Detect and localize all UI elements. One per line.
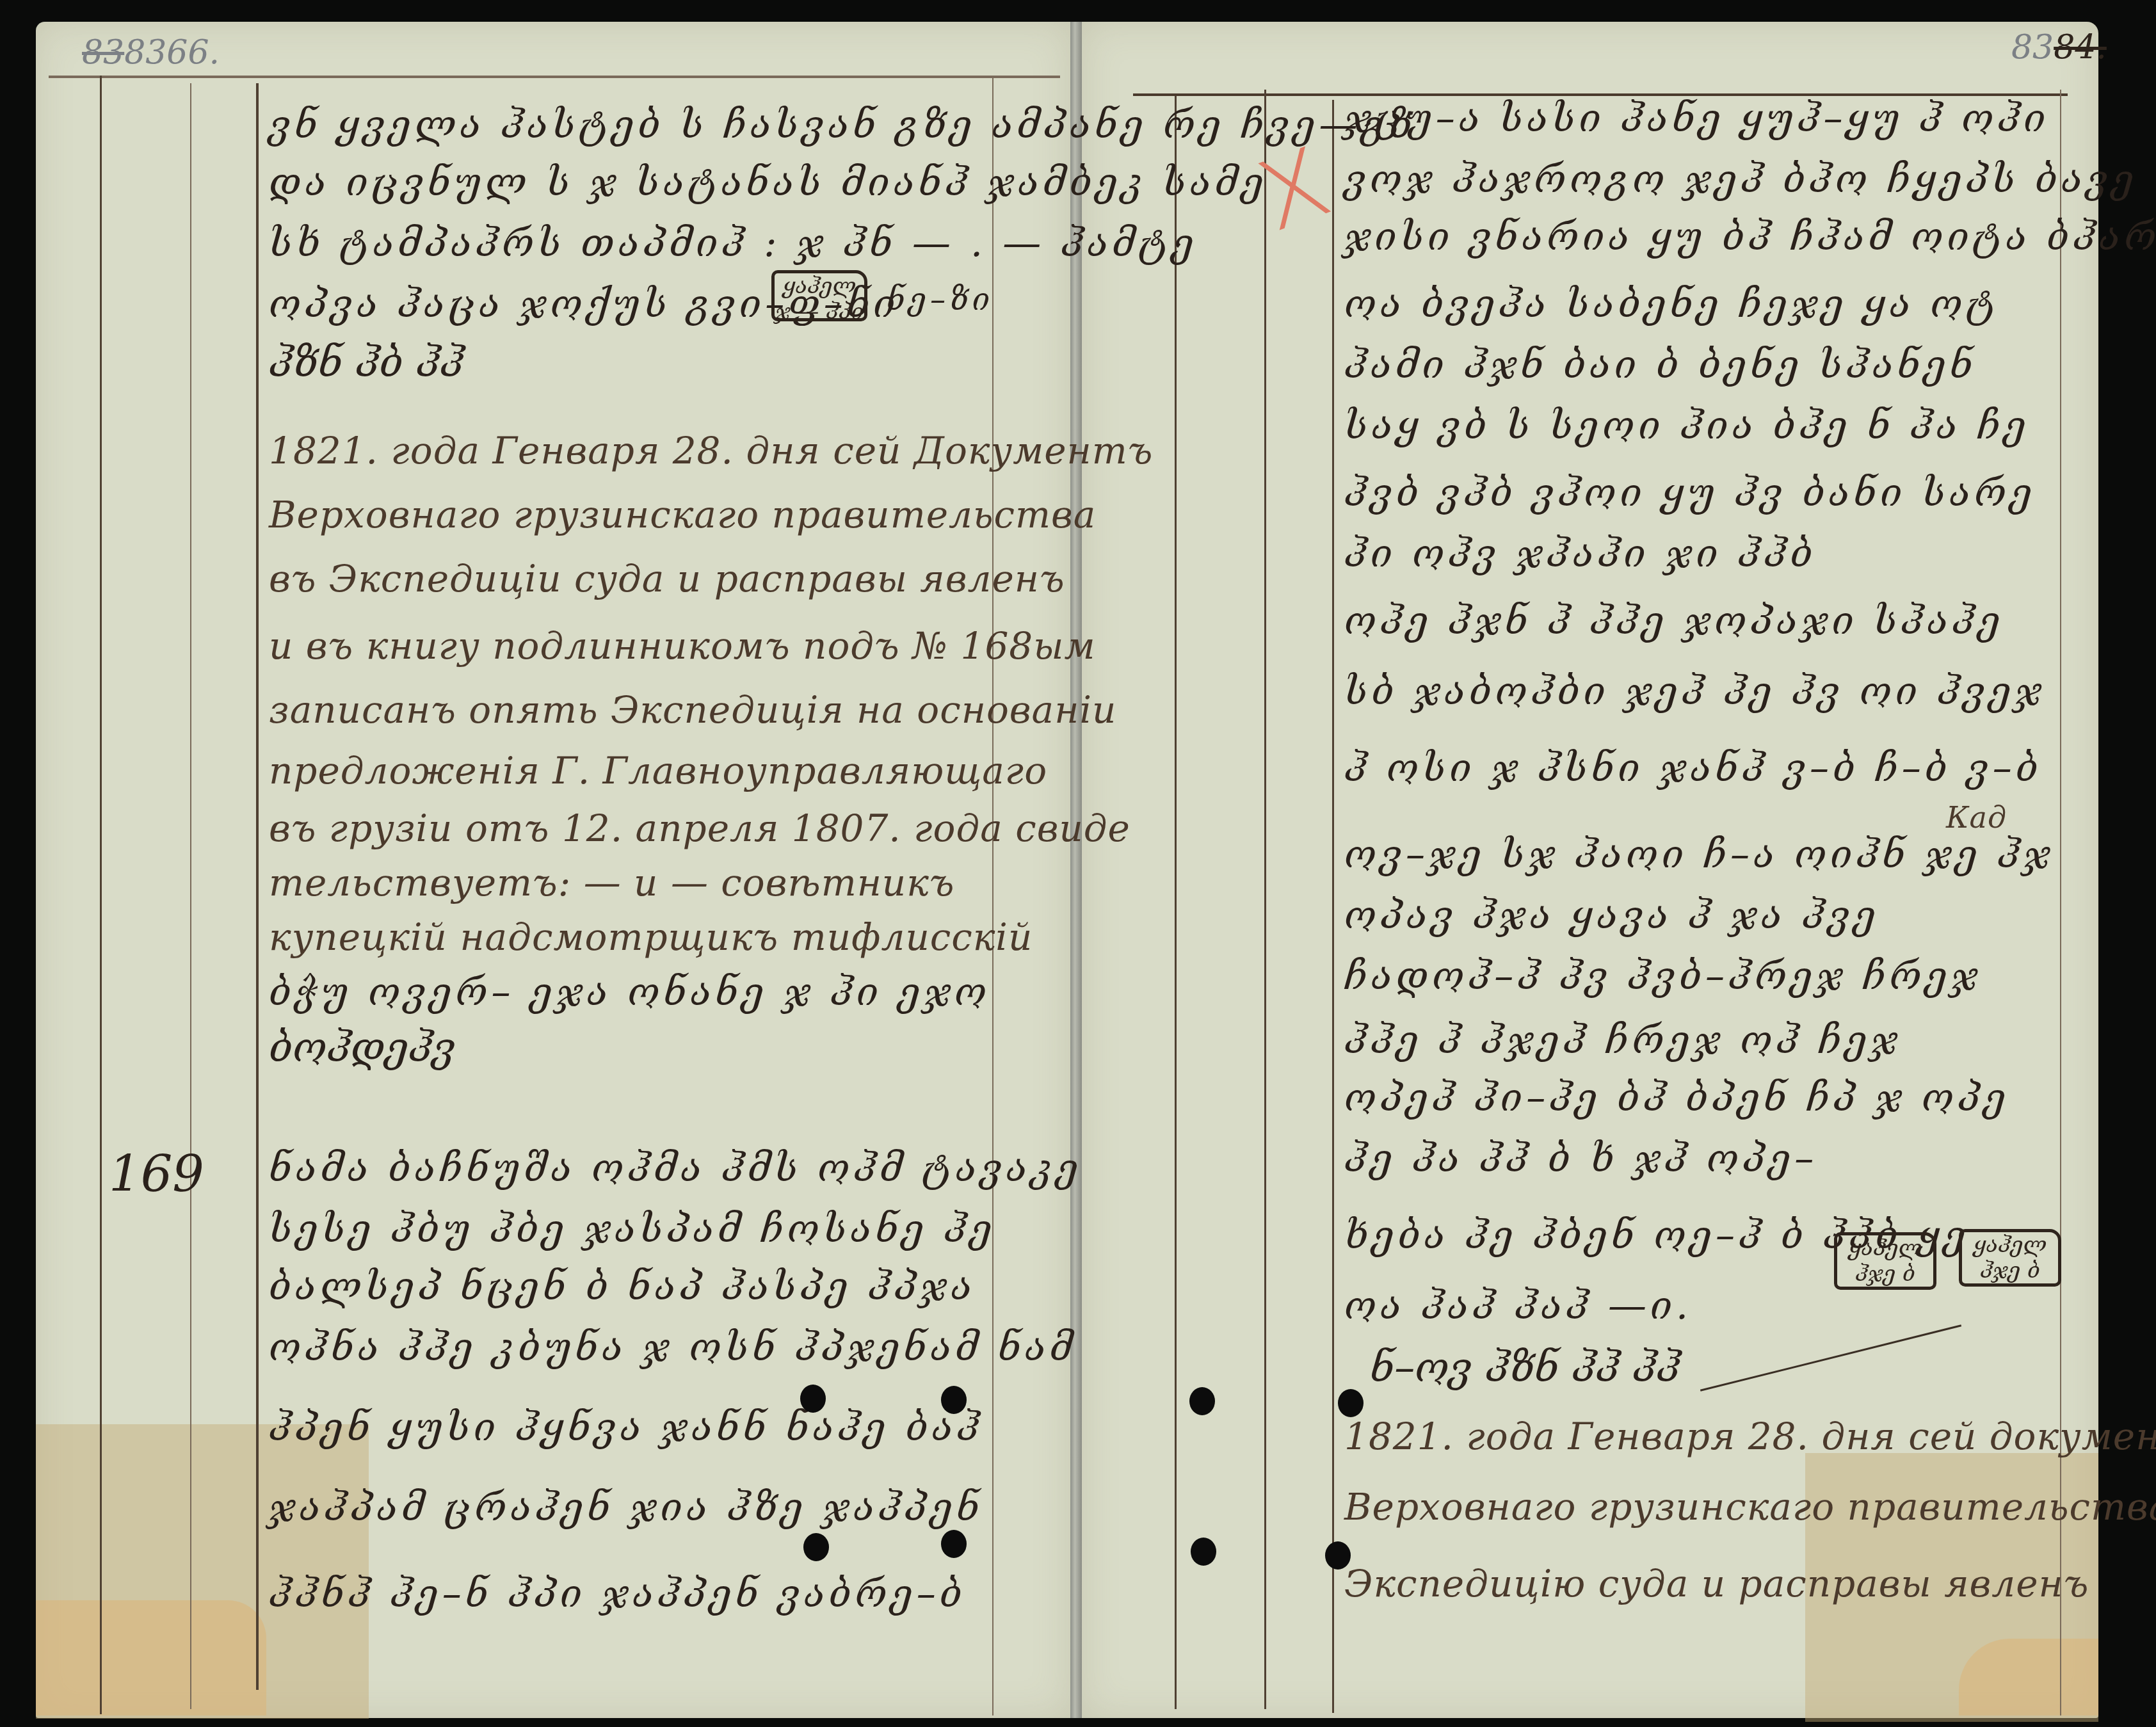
right-georgian-line-4: ოა ბვეჰა საბენე ჩეჯე ყა ოტ [1344,282,1999,326]
right-signature-line: ნ–ოვ ჰზნ ჰჰ ჰჰ [1370,1344,1680,1392]
right-georgian-line-12: ოვ–ჯე სჯ ჰაოი ჩ–ა ოიჰნ ჯე ჰჯ [1344,832,2054,877]
binding-gutter [1070,22,1082,1718]
right-russian-line-2: Верховнаго грузинскаго правительства въ [1344,1485,2156,1529]
right-georgian-line-1: ჯცუ–ა სასი ჰანე ყუჰ–ყუ ჰ ოჰი [1344,96,2050,141]
punch-hole-left-upper-2 [941,1386,967,1414]
punch-hole-right-lower-1 [1191,1538,1216,1566]
right-right-margin-line [2060,90,2061,1715]
right-georgian-line-10: სბ ჯაბოჰბი ჯეჰ ჰე ჰვ ოი ჰვეჯ [1344,669,2045,714]
left-margin-line-1 [100,76,102,1714]
right-stamp-2: ყაჰელ ჰჯე ბ [1959,1229,2061,1287]
right-georgian-line-19: ოა ჰაჰ ჰაჰ —ი. [1344,1283,1692,1328]
left-top-stamp: ყაჰელ ჯ — ჰპი [771,270,867,321]
right-georgian-line-17: ჰე ჰა ჰჰ ბ ხ ჯჰ ოპე– [1344,1136,1817,1181]
right-georgian-line-13: ოპავ ჰჯა ყავა ჰ ჯა ჰვე [1344,893,1879,938]
right-georgian-line-7: ჰვბ ვჰბ ვჰოი ყუ ჰვ ბანი სარე [1344,470,2036,515]
right-interlinear-note: Кад [1946,800,2007,835]
left-right-margin-line [992,77,994,1715]
entry-line-1: ნამა ბაჩნუშა ოჰმა ჰმს ოჰმ ტავაკე [269,1146,1082,1191]
right-margin-line-2 [1264,90,1266,1709]
entry-number: 169 [109,1146,204,1203]
left-russian-line-8: тельствуетъ: — и — совѣтникъ [269,861,955,904]
right-text-column-line [1332,100,1334,1713]
left-folio-number: 838366. [82,33,220,72]
punch-hole-left-lower-2 [941,1530,967,1558]
left-closing-signature: ბოჰდეჰვ [269,1024,456,1072]
right-stamp-1: ყაჰელ ჰჯე ბ [1834,1232,1936,1290]
left-russian-line-5: записанъ опять Экспедицiя на основанiи [269,688,1116,732]
left-georgian-line-2: და იცვნულ ს ჯ სატანას მიანჰ ჯამბეკ სამე [269,160,1267,205]
right-georgian-line-8: ჰი ოჰვ ჯჰაჰი ჯი ჰჰბ [1344,531,1816,576]
right-russian-line-1: 1821. года Генваря 28. дня сей документъ [1344,1415,2156,1458]
punch-hole-right-upper-2 [1338,1389,1364,1417]
left-russian-line-4: и въ книгу подлинникомъ подъ № 168ым [269,624,1096,668]
right-georgian-line-6: საყ ვბ ს სეოი ჰია ბჰე ნ ჰა ჩე [1344,403,2030,448]
left-text-column-line [256,83,259,1690]
right-georgian-line-9: ოჰე ჰჯნ ჰ ჰჰე ჯოპაჯი სჰაჰე [1344,598,2004,643]
right-georgian-line-3: ჯისი ვნარია ყუ ბჰ ჩჰამ ოიტა ბჰარი [1344,214,2156,259]
right-russian-line-3: Экспедицiю суда и расправы явленъ [1344,1562,2089,1605]
entry-line-5: ჰპენ ყუსი ჰყნვა ჯანნ ნაჰე ბაჰ [269,1405,983,1450]
left-russian-line-1: 1821. года Генваря 28. дня сей Документъ [269,429,1153,472]
punch-hole-left-upper-1 [800,1385,826,1413]
left-georgian-line-3: სხ ტამპაჰრს თაპმიჰ : ჯ ჰნ — . — ჰამტე [269,221,1198,266]
right-margin-line-1 [1175,96,1177,1709]
entry-line-2: სესე ჰბუ ჰბე ჯასპამ ჩოსანე ჰე [269,1207,996,1251]
entry-line-6: ჯაჰპამ ცრაჰენ ჯია ჰზე ჯაჰპენ [269,1485,983,1530]
entry-line-7: ჰჰნჰ ჰე–ნ ჰპი ჯაჰპენ ვაბრე–ბ [269,1571,966,1616]
left-russian-line-9: купецкiй надсмотрщикъ тифлисскiй [269,915,1033,959]
stain-left-corner [36,1600,266,1715]
stain-right-corner [1959,1639,2098,1715]
right-georgian-line-11: ჰ ოსი ჯ ჰსნი ჯანჰ ვ–ბ ჩ–ბ ვ–ბ [1344,746,2042,791]
left-stamp-suffix: ნე–ზი [887,282,994,317]
left-russian-line-3: въ Экспедицiи суда и расправы явленъ [269,557,1065,600]
entry-line-4: ოჰნა ჰჰე კბუნა ჯ ოსნ ჰპჯენამ ნამ [269,1325,1077,1370]
left-top-rule [49,76,1060,78]
left-russian-line-7: въ грузiи отъ 12. апреля 1807. года свид… [269,807,1130,850]
right-folio-number: 8384. [2011,28,2107,67]
punch-hole-right-upper-1 [1189,1387,1215,1415]
punch-hole-left-lower-1 [803,1533,829,1561]
left-georgian-line-1: ვნ ყველა ჰასტებ ს ჩასვან გზე ამპანე რე ჩ… [269,102,1416,147]
right-georgian-line-5: ჰამი ჰჯნ ბაი ბ ბენე სჰანენ [1344,342,1976,387]
left-margin-line-2 [190,83,191,1709]
left-russian-line-6: предложенiя Г. Главноуправляющаго [269,749,1047,792]
right-georgian-line-16: ოპეჰ ჰი–ჰე ბჰ ბპენ ჩპ ჯ ოპე [1344,1075,2009,1120]
left-top-signature: ჰზნ ჰბ ჰჰ [269,339,464,387]
left-russian-line-2: Верховнаго грузинскаго правительства [269,493,1096,536]
entry-line-3: ბალსეპ ნცენ ბ ნაპ ჰასპე ჰპჯა [269,1264,976,1309]
right-georgian-line-2: ვოჯ ჰაჯროგო ჯეჰ ბჰო ჩყეპს ბავე [1344,157,2137,202]
left-closing-georgian-1: ბჭუ ოვერ– ეჯა ონანე ჯ ჰი ეჯო [269,970,990,1015]
right-georgian-line-15: ჰჰე ჰ ჰჯეჰ ჩრეჯ ოჰ ჩეჯ [1344,1018,1901,1063]
right-georgian-line-14: ჩადოჰ–ჰ ჰვ ჰვბ–ჰრეჯ ჩრეჯ [1344,954,1981,999]
